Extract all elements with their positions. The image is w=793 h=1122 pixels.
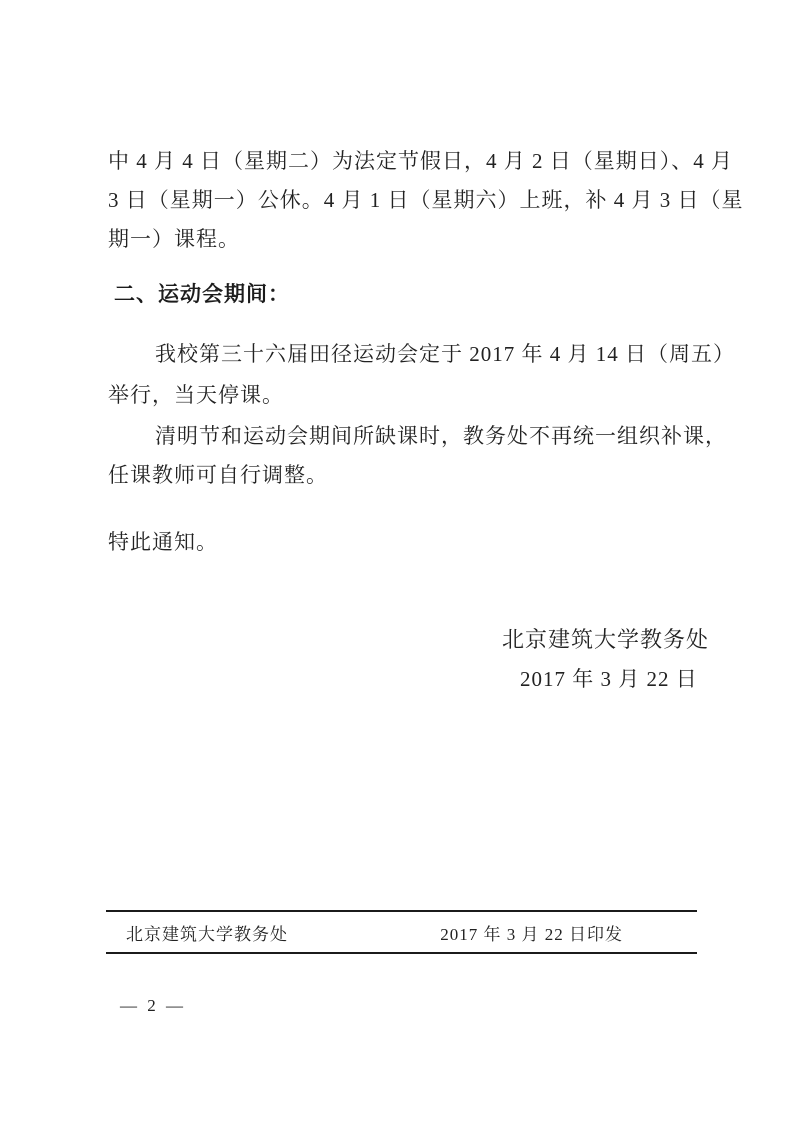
page-number: — 2 — [120, 996, 186, 1016]
signature-organization: 北京建筑大学教务处 [502, 623, 709, 654]
paragraph-sports-meet: 我校第三十六届田径运动会定于 2017 年 4 月 14 日（周五） 举行，当天… [108, 334, 710, 416]
document-page: 中 4 月 4 日（星期二）为法定节假日，4 月 2 日（星期日）、4 月 3 … [0, 0, 793, 1122]
signature-date: 2017 年 3 月 22 日 [520, 663, 698, 693]
paragraph-makeup-classes: 清明节和运动会期间所缺课时，教务处不再统一组织补课， 任课教师可自行调整。 [108, 417, 710, 495]
footer-issue-date: 2017 年 3 月 22 日印发 [440, 920, 623, 945]
text-line: 我校第三十六届田径运动会定于 2017 年 4 月 14 日（周五） [108, 334, 710, 375]
text-line: 3 日（星期一）公休。4 月 1 日（星期六）上班，补 4 月 3 日（星 [108, 181, 710, 220]
text-line: 任课教师可自行调整。 [108, 456, 710, 495]
text-line: 中 4 月 4 日（星期二）为法定节假日，4 月 2 日（星期日）、4 月 [108, 142, 710, 181]
text-line: 期一）课程。 [108, 220, 710, 259]
text-line: 举行，当天停课。 [108, 375, 710, 416]
closing-note: 特此通知。 [108, 526, 218, 556]
text-line: 清明节和运动会期间所缺课时，教务处不再统一组织补课， [108, 417, 710, 456]
footer-organization: 北京建筑大学教务处 [126, 920, 288, 945]
footer-colophon: 北京建筑大学教务处 2017 年 3 月 22 日印发 [106, 910, 697, 954]
paragraph-continuation: 中 4 月 4 日（星期二）为法定节假日，4 月 2 日（星期日）、4 月 3 … [108, 142, 710, 259]
section-heading: 二、运动会期间： [114, 278, 290, 308]
